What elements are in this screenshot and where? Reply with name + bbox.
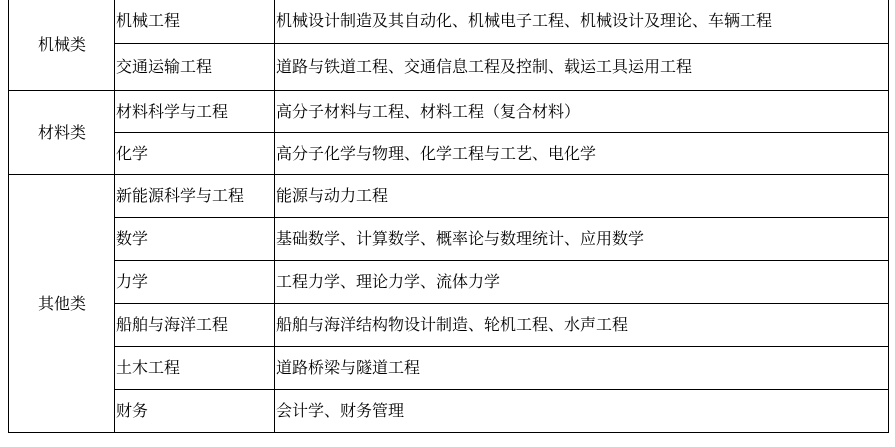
subjects-cell: 高分子化学与物理、化学工程与工艺、电化学 [275,133,889,175]
majors-table: 机械类 机械工程 机械设计制造及其自动化、机械电子工程、机械设计及理论、车辆工程… [8,0,889,433]
table-row: 数学 基础数学、计算数学、概率论与数理统计、应用数学 [9,218,889,261]
category-cell: 材料类 [9,91,115,175]
category-cell: 机械类 [9,0,115,91]
table-row: 财务 会计学、财务管理 [9,390,889,433]
major-cell: 交通运输工程 [115,44,275,91]
table-row: 交通运输工程 道路与铁道工程、交通信息工程及控制、载运工具运用工程 [9,44,889,91]
subjects-cell: 船舶与海洋结构物设计制造、轮机工程、水声工程 [275,304,889,347]
table-row: 机械类 机械工程 机械设计制造及其自动化、机械电子工程、机械设计及理论、车辆工程 [9,0,889,44]
major-cell: 机械工程 [115,0,275,44]
major-cell: 材料科学与工程 [115,91,275,133]
subjects-cell: 高分子材料与工程、材料工程（复合材料） [275,91,889,133]
category-cell: 其他类 [9,175,115,433]
table-row: 其他类 新能源科学与工程 能源与动力工程 [9,175,889,218]
table-row: 力学 工程力学、理论力学、流体力学 [9,261,889,304]
subjects-cell: 会计学、财务管理 [275,390,889,433]
table-row: 船舶与海洋工程 船舶与海洋结构物设计制造、轮机工程、水声工程 [9,304,889,347]
subjects-cell: 工程力学、理论力学、流体力学 [275,261,889,304]
major-cell: 新能源科学与工程 [115,175,275,218]
table-row: 土木工程 道路桥梁与隧道工程 [9,347,889,390]
subjects-cell: 道路桥梁与隧道工程 [275,347,889,390]
major-cell: 化学 [115,133,275,175]
subjects-cell: 道路与铁道工程、交通信息工程及控制、载运工具运用工程 [275,44,889,91]
major-cell: 力学 [115,261,275,304]
subjects-cell: 能源与动力工程 [275,175,889,218]
table-row: 化学 高分子化学与物理、化学工程与工艺、电化学 [9,133,889,175]
major-cell: 数学 [115,218,275,261]
major-cell: 船舶与海洋工程 [115,304,275,347]
major-cell: 财务 [115,390,275,433]
table-row: 材料类 材料科学与工程 高分子材料与工程、材料工程（复合材料） [9,91,889,133]
major-cell: 土木工程 [115,347,275,390]
subjects-cell: 基础数学、计算数学、概率论与数理统计、应用数学 [275,218,889,261]
subjects-cell: 机械设计制造及其自动化、机械电子工程、机械设计及理论、车辆工程 [275,0,889,44]
